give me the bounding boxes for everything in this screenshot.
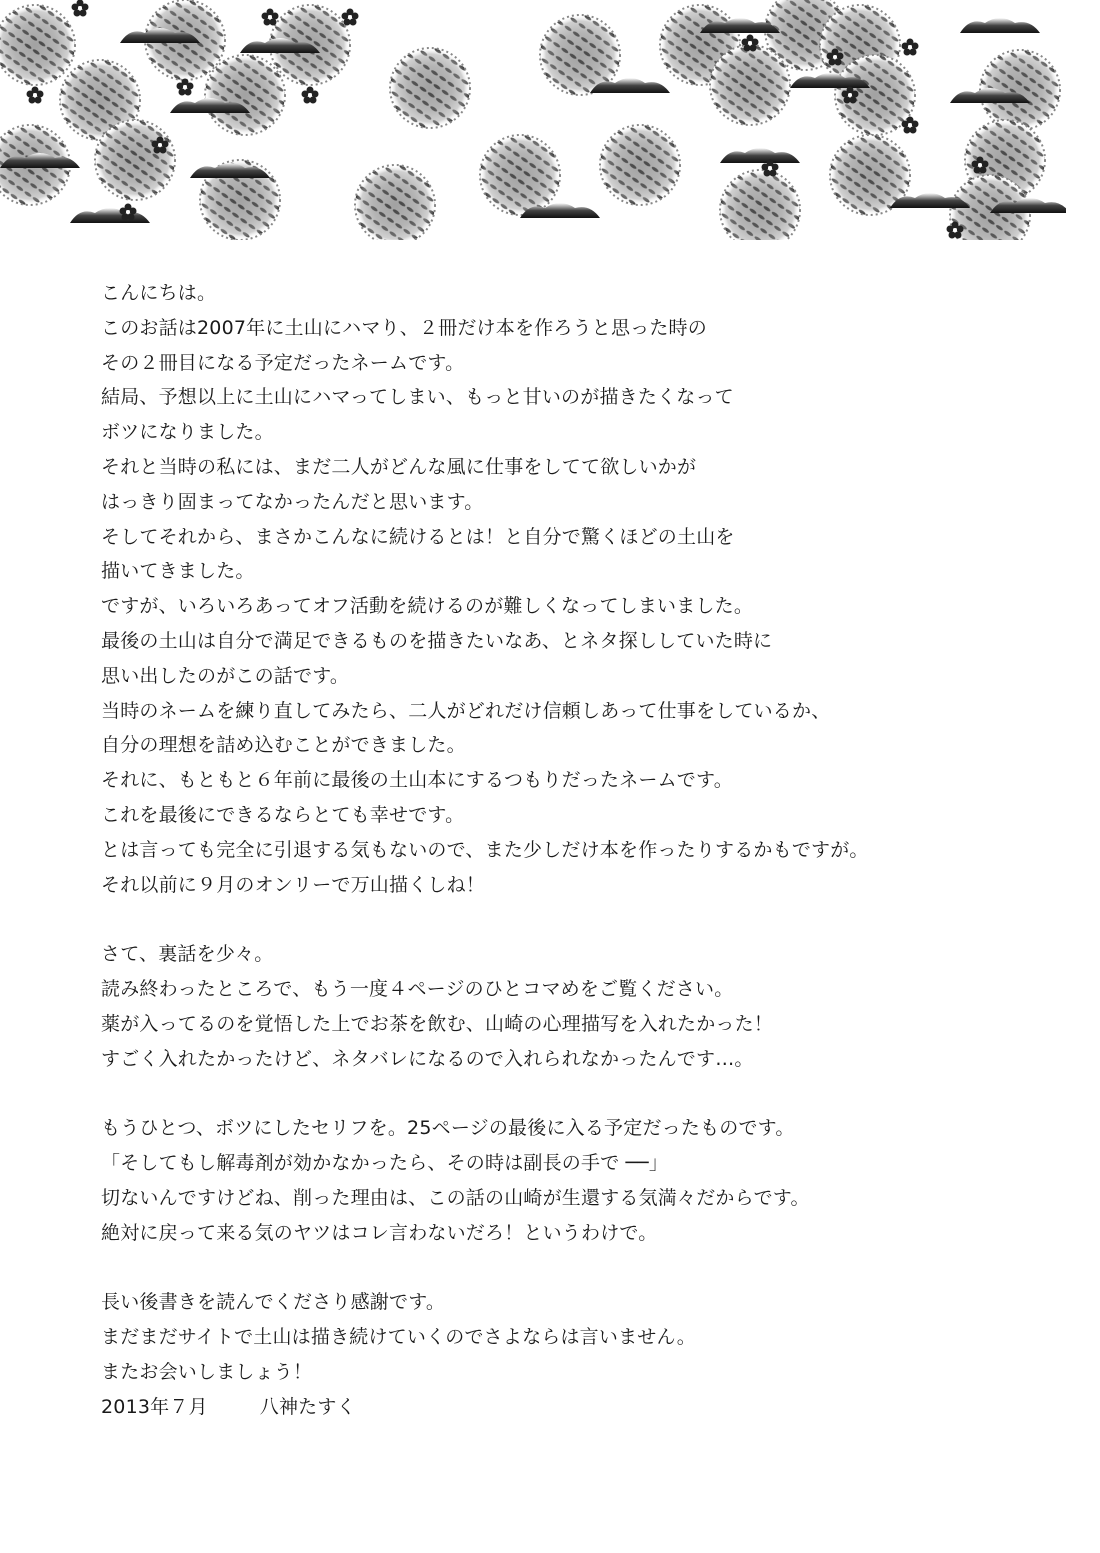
text-line: それと当時の私には、まだ二人がどんな風に仕事をしてて欲しいかが (101, 450, 1061, 485)
text-line: またお会いしましょう！ (101, 1355, 1061, 1390)
floral-pattern-icon (0, 0, 1066, 240)
text-line: こんにちは。 (101, 276, 1061, 311)
text-line: 切ないんですけどね、削った理由は、この話の山崎が生還する気満々だからです。 (101, 1181, 1061, 1216)
signature-date: 2013年７月 (101, 1396, 208, 1418)
afterword-text: こんにちは。 このお話は2007年に土山にハマり、２冊だけ本を作ろうと思った時の… (101, 276, 1061, 1424)
text-line: ですが、いろいろあってオフ活動を続けるのが難しくなってしまいました。 (101, 589, 1061, 624)
text-line: 絶対に戻って来る気のヤツはコレ言わないだろ！というわけで。 (101, 1216, 1061, 1251)
text-line: 自分の理想を詰め込むことができました。 (101, 728, 1061, 763)
text-line: はっきり固まってなかったんだと思います。 (101, 485, 1061, 520)
paragraph-spacer (101, 1250, 1061, 1285)
text-line: もうひとつ、ボツにしたセリフを。25ページの最後に入る予定だったものです。 (101, 1111, 1061, 1146)
text-line: 結局、予想以上に土山にハマってしまい、もっと甘いのが描きたくなって (101, 380, 1061, 415)
text-line: それ以前に９月のオンリーで万山描くしね！ (101, 868, 1061, 903)
paragraph-spacer (101, 902, 1061, 937)
text-line: 当時のネームを練り直してみたら、二人がどれだけ信頼しあって仕事をしているか、 (101, 694, 1061, 729)
text-line: とは言っても完全に引退する気もないので、また少しだけ本を作ったりするかもですが。 (101, 833, 1061, 868)
text-line: まだまだサイトで土山は描き続けていくのでさよならは言いません。 (101, 1320, 1061, 1355)
text-line: 「そしてもし解毒剤が効かなかったら、その時は副長の手で ──」 (101, 1146, 1061, 1181)
paragraph-behind-the-scenes: さて、裏話を少々。 読み終わったところで、もう一度４ページのひとコマめをご覧くだ… (101, 937, 1061, 1076)
text-line: すごく入れたかったけど、ネタバレになるので入れられなかったんです…。 (101, 1042, 1061, 1077)
paragraph-cut-dialogue: もうひとつ、ボツにしたセリフを。25ページの最後に入る予定だったものです。 「そ… (101, 1111, 1061, 1250)
text-line: そしてそれから、まさかこんなに続けるとは！と自分で驚くほどの土山を (101, 520, 1061, 555)
text-line: その２冊目になる予定だったネームです。 (101, 346, 1061, 381)
text-line: 思い出したのがこの話です。 (101, 659, 1061, 694)
text-line: これを最後にできるならとても幸せです。 (101, 798, 1061, 833)
text-line: 最後の土山は自分で満足できるものを描きたいなあ、とネタ探ししていた時に (101, 624, 1061, 659)
text-line: それに、もともと６年前に最後の土山本にするつもりだったネームです。 (101, 763, 1061, 798)
text-line: ボツになりました。 (101, 415, 1061, 450)
paragraph-closing: 長い後書きを読んでくださり感謝です。 まだまだサイトで土山は描き続けていくのでさ… (101, 1285, 1061, 1424)
signature-author: 八神たすく (260, 1396, 356, 1418)
text-line: 薬が入ってるのを覚悟した上でお茶を飲む、山崎の心理描写を入れたかった！ (101, 1007, 1061, 1042)
floral-pattern-banner (0, 0, 1066, 240)
text-line: 描いてきました。 (101, 554, 1061, 589)
paragraph-greeting: こんにちは。 このお話は2007年に土山にハマり、２冊だけ本を作ろうと思った時の… (101, 276, 1061, 902)
text-line: 長い後書きを読んでくださり感謝です。 (101, 1285, 1061, 1320)
paragraph-spacer (101, 1076, 1061, 1111)
text-line: 読み終わったところで、もう一度４ページのひとコマめをご覧ください。 (101, 972, 1061, 1007)
text-line: このお話は2007年に土山にハマり、２冊だけ本を作ろうと思った時の (101, 311, 1061, 346)
signature-line: 2013年７月八神たすく (101, 1390, 1061, 1425)
text-line: さて、裏話を少々。 (101, 937, 1061, 972)
